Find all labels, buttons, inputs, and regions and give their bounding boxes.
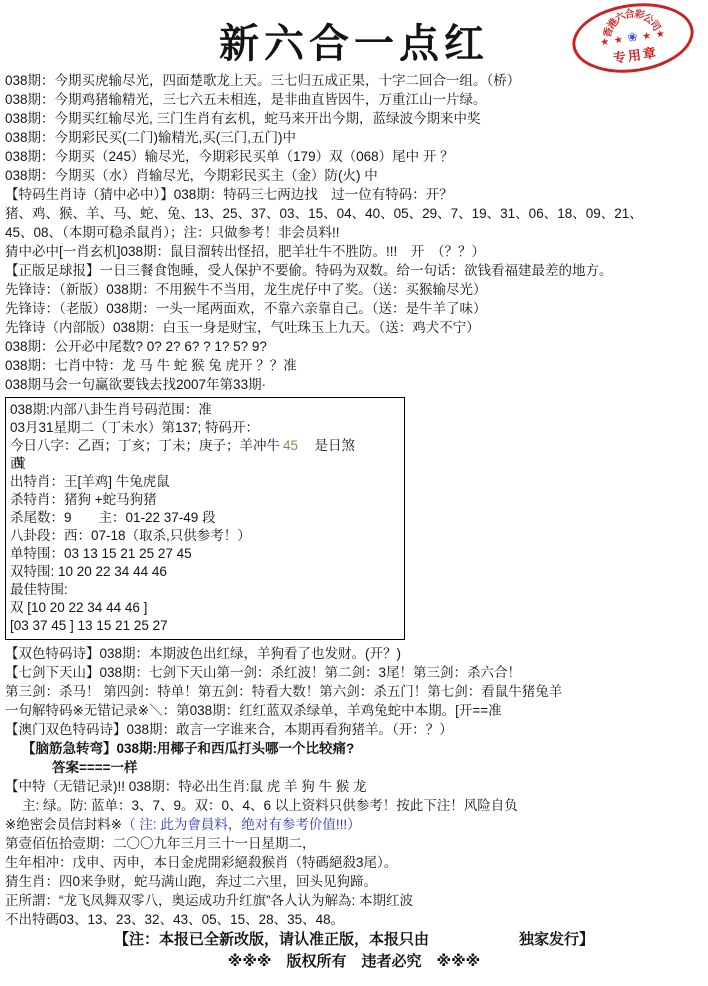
- text-line: 杀尾数：9 主：01-22 37-49 段: [10, 509, 400, 527]
- text-line: 038期：今期买红输尽光, 三门生肖有玄机，蛇马来开出今期，蓝绿波今期来中奖: [0, 109, 708, 128]
- text-line: 双特围: 10 20 22 34 44 46: [10, 563, 400, 581]
- text-line: 038期：今期买（水）肖输尽光，今期彩民买主（金）防(火) 中: [0, 166, 708, 185]
- text-line: 主: 绿。防: 蓝单：3、7、9。双：0、4、6 以上资料只供参考！按此下注！风…: [0, 796, 708, 815]
- text-line: 【特码生肖诗（猜中必中）】038期：特码三七两边找 过一位有特码：开？: [0, 185, 708, 204]
- text-line: 正所謂：“龙飞凤舞双零八，奥运成功升红旗”各人认为解為: 本期红波: [0, 891, 708, 910]
- text-line: 杀特肖：猪狗 +蛇马狗猪: [10, 491, 400, 509]
- member-note-blue: （ 注: 此为會員料，绝对有参考价值!!!）: [122, 817, 361, 832]
- flower-icon: ❀: [626, 29, 639, 44]
- text-line: 【澳门双色特码诗】038期：敢言一字谁来合，本期再看狗猪羊。（开：？）: [0, 720, 708, 739]
- text-line: 出特肖：王[羊鸡] 牛兔虎鼠: [10, 473, 400, 491]
- text-line: ※绝密会员信封料※（ 注: 此为會員料，绝对有参考价值!!!）: [0, 815, 708, 834]
- text-line: 038期马会一句赢欲要钱去找2007年第33期·: [0, 375, 708, 394]
- text-line: 猜生肖：四0来争财，蛇马满山跑，奔过二六里，回头见狗蹄。: [0, 872, 708, 891]
- bazi-tail: 是日煞: [301, 438, 355, 453]
- member-info-label: ※绝密会员信封料※: [5, 817, 122, 832]
- text-line: 先锋诗：（老版）038期：一头一尾两面欢，不靠六亲靠自己。（送：是牛羊了味）: [0, 299, 708, 318]
- text-line: [03 37 45 ] 13 15 21 25 27: [10, 617, 400, 635]
- text-line: 03月31星期二（丁未水）第137; 特码开：: [10, 419, 400, 437]
- text-line: 038期：今期彩民买(二门)输精光,买(三门,五门)中: [0, 128, 708, 147]
- text-line: 第三剑：杀马！ 第四剑：特单！第五剑：特看大数！第六剑：杀五门！第七剑：看鼠牛猪…: [0, 682, 708, 701]
- text-line: 西黄: [10, 455, 400, 473]
- text-line: 【脑筋急转弯】038期:用椰子和西瓜打头哪一个比较痛?: [0, 739, 708, 758]
- text-line: 一句解特码※无错记录※＼：第038期：红红蓝双杀绿单，羊鸡兔蛇中本期。[开==准: [0, 701, 708, 720]
- text-line: 【双色特码诗】038期：本期波色出红绿，羊狗看了也发财。(开？): [0, 644, 708, 663]
- text-line: 45、08、（本期可稳杀鼠肖）；注：只做参考！非会员料!!: [0, 223, 708, 242]
- footer: 【注：本报已全新改版，请认准正版，本报只由 独家发行】 ※※※ 版权所有 违者必…: [0, 929, 708, 973]
- text-line: 猜中必中[一肖玄机]038期：鼠目溜转出怪招，肥羊壮牛不胜防。!!! 开 （？？…: [0, 242, 708, 261]
- text-line: 猪、鸡、猴、羊、马、蛇、兔、13、25、37、03、15、04、40、05、29…: [0, 204, 708, 223]
- text-line: 先锋诗：（新版）038期：不用猴牛不当用，龙生虎仔中了奖。（送：买猴输尽光）: [0, 280, 708, 299]
- text-line: 038期：今期鸡猪输精光，三七六五未相连，是非曲直皆因牛，万重江山一片绿。: [0, 90, 708, 109]
- text-line: 单特围：03 13 15 21 25 27 45: [10, 545, 400, 563]
- bagua-info-box: 038期:内部八卦生肖号码范围：准 03月31星期二（丁未水）第137; 特码开…: [5, 397, 405, 640]
- text-line: 不出特碼03、13、23、32、43、05、15、28、35、48。: [0, 910, 708, 929]
- text-line: 最佳特围:: [10, 581, 400, 599]
- text-line: 【七剑下天山】038期：七剑下天山第一剑：杀红波！第二剑：3尾！第三剑：杀六合！: [0, 663, 708, 682]
- bazi-text: 今日八字：乙酉；丁亥；丁未；庚子；羊冲牛: [10, 438, 280, 453]
- text-line: 038期：今期买（245）输尽光，今期彩民买单（179）双（068）尾中 开 ？: [0, 147, 708, 166]
- bottom-section: 【双色特码诗】038期：本期波色出红绿，羊狗看了也发财。(开？) 【七剑下天山】…: [0, 644, 708, 929]
- text-line: 【中特（无错记录)!! 038期：特必出生肖:鼠 虎 羊 狗 牛 猴 龙: [0, 777, 708, 796]
- text-line: 先锋诗（内部版）038期：白玉一身是财宝，气吐珠玉上九天。（送：鸡犬不宁）: [0, 318, 708, 337]
- text-line: 【正版足球报】一日三餐食饱睡，受人保护不要偷。特码为双数。给一句话：欲钱看福建最…: [0, 261, 708, 280]
- text-line: 今日八字：乙酉；丁亥；丁未；庚子；羊冲牛45 是日煞: [10, 437, 400, 455]
- bazi-number: 45: [280, 438, 301, 453]
- text-line: 038期：七肖中特：龙 马 牛 蛇 猴 兔 虎开 ？？准: [0, 356, 708, 375]
- text-line: 八卦段：西：07-18（取杀,只供参考！）: [10, 527, 400, 545]
- text-line: 生年相冲：戊申、丙申，本日金虎開彩絕殺猴肖（特碼絕殺3尾）。: [0, 853, 708, 872]
- text-line: 038期：公开必中尾数? 0? 2? 6? ? 1? 5? 9?: [0, 337, 708, 356]
- text-line: 038期:内部八卦生肖号码范围：准: [10, 401, 400, 419]
- text-line: 第壹佰伍拾壹期：二〇〇九年三月三十一日星期二，: [0, 834, 708, 853]
- top-section: 038期：今期买虎输尽光，四面楚歌龙上天。三七归五成正果，十字二回合一组。（桥）…: [0, 71, 708, 394]
- footer-notice: 【注：本报已全新改版，请认准正版，本报只由 独家发行】: [0, 929, 708, 951]
- copyright-line: ※※※ 版权所有 违者必究 ※※※: [0, 951, 708, 973]
- text-line: 双 [10 20 22 34 44 46 ]: [10, 599, 400, 617]
- text-line: 答案====一样: [0, 758, 708, 777]
